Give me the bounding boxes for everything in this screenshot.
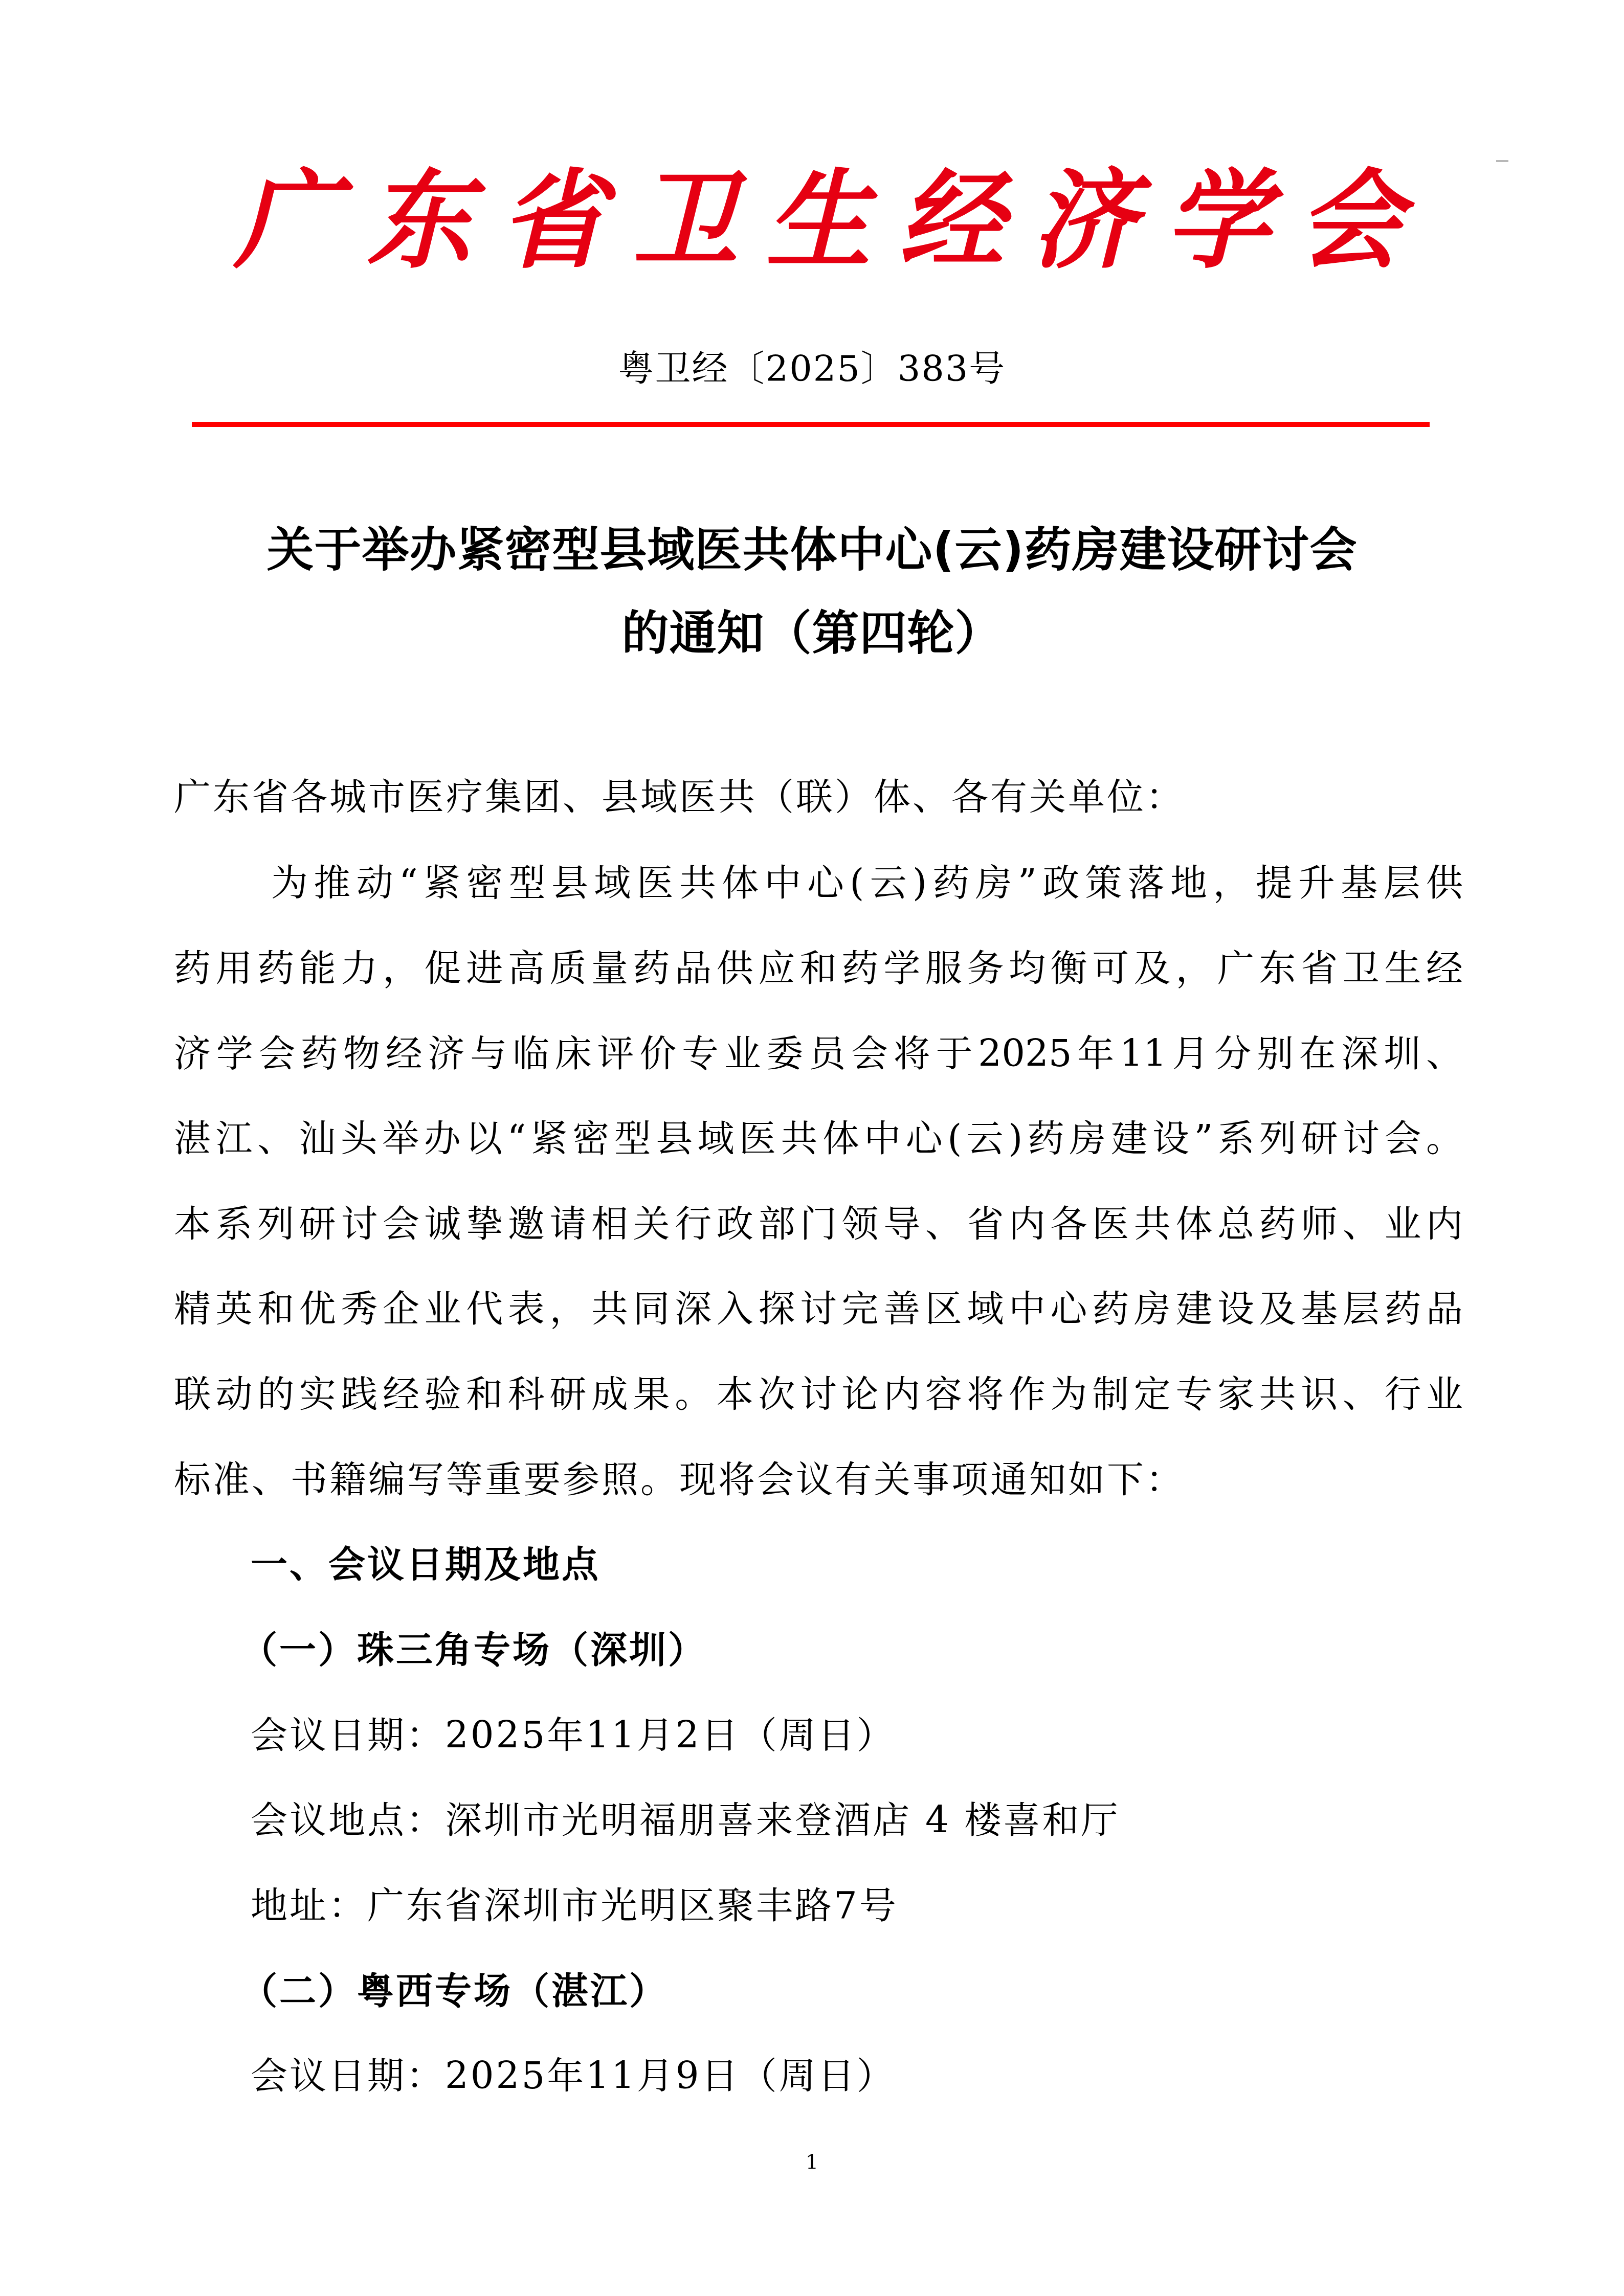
paragraph-line: 济学会药物经济与临床评价专业委员会将于2025年11月分别在深圳、: [174, 1035, 1463, 1072]
venue-location-shenzhen: 会议地点：深圳市光明福朋喜来登酒店 4 楼喜和厅: [251, 1802, 1120, 1838]
scan-mark: [1496, 160, 1508, 162]
document-title-line-1: 关于举办紧密型县域医共体中心(云)药房建设研讨会: [0, 512, 1624, 580]
venue-date-zhanjiang: 会议日期：2025年11月9日（周日）: [251, 2057, 896, 2094]
masthead-char: 省: [491, 168, 614, 275]
masthead-char: 东: [358, 168, 481, 275]
paragraph-line: 精英和优秀企业代表，共同深入探讨完善区域中心药房建设及基层药品: [174, 1290, 1463, 1327]
venue-address-shenzhen: 地址：广东省深圳市光明区聚丰路7号: [251, 1887, 898, 1924]
section-heading: 一、会议日期及地点: [251, 1546, 600, 1583]
salutation: 广东省各城市医疗集团、县域医共（联）体、各有关单位：: [174, 778, 1185, 815]
masthead-char: 广: [225, 168, 348, 275]
masthead-char: 卫: [624, 168, 747, 275]
venue-heading-zhanjiang: （二）粤西专场（湛江）: [240, 1972, 668, 2009]
paragraph-line: 联动的实践经验和科研成果。本次讨论内容将作为制定专家共识、行业: [174, 1376, 1463, 1412]
paragraph-line: 本系列研讨会诚挚邀请相关行政部门领导、省内各医共体总药师、业内: [174, 1205, 1463, 1242]
document-title-line-2: 的通知（第四轮）: [0, 596, 1624, 663]
paragraph-line: 湛江、汕头举办以“紧密型县域医共体中心(云)药房建设”系列研讨会。: [174, 1120, 1463, 1157]
paragraph-line: 标准、书籍编写等重要参照。现将会议有关事项通知如下：: [174, 1461, 1185, 1498]
masthead-org-name: 广 东 省 卫 生 经 济 学 会: [225, 168, 1412, 275]
masthead-char: 生: [757, 168, 880, 275]
masthead-char: 济: [1023, 168, 1146, 275]
page-number: 1: [0, 2150, 1624, 2174]
masthead-char: 学: [1156, 168, 1279, 275]
document-number: 粤卫经〔2025〕383号: [0, 340, 1624, 392]
venue-heading-shenzhen: （一）珠三角专场（深圳）: [240, 1631, 707, 1668]
paragraph-line: 药用药能力，促进高质量药品供应和药学服务均衡可及，广东省卫生经: [174, 950, 1463, 986]
masthead-char: 会: [1289, 168, 1412, 275]
venue-date-shenzhen: 会议日期：2025年11月2日（周日）: [251, 1717, 896, 1753]
masthead-char: 经: [890, 168, 1013, 275]
paragraph-line: 为推动“紧密型县域医共体中心(云)药房”政策落地，提升基层供: [174, 864, 1463, 901]
red-divider-rule: [192, 422, 1430, 427]
